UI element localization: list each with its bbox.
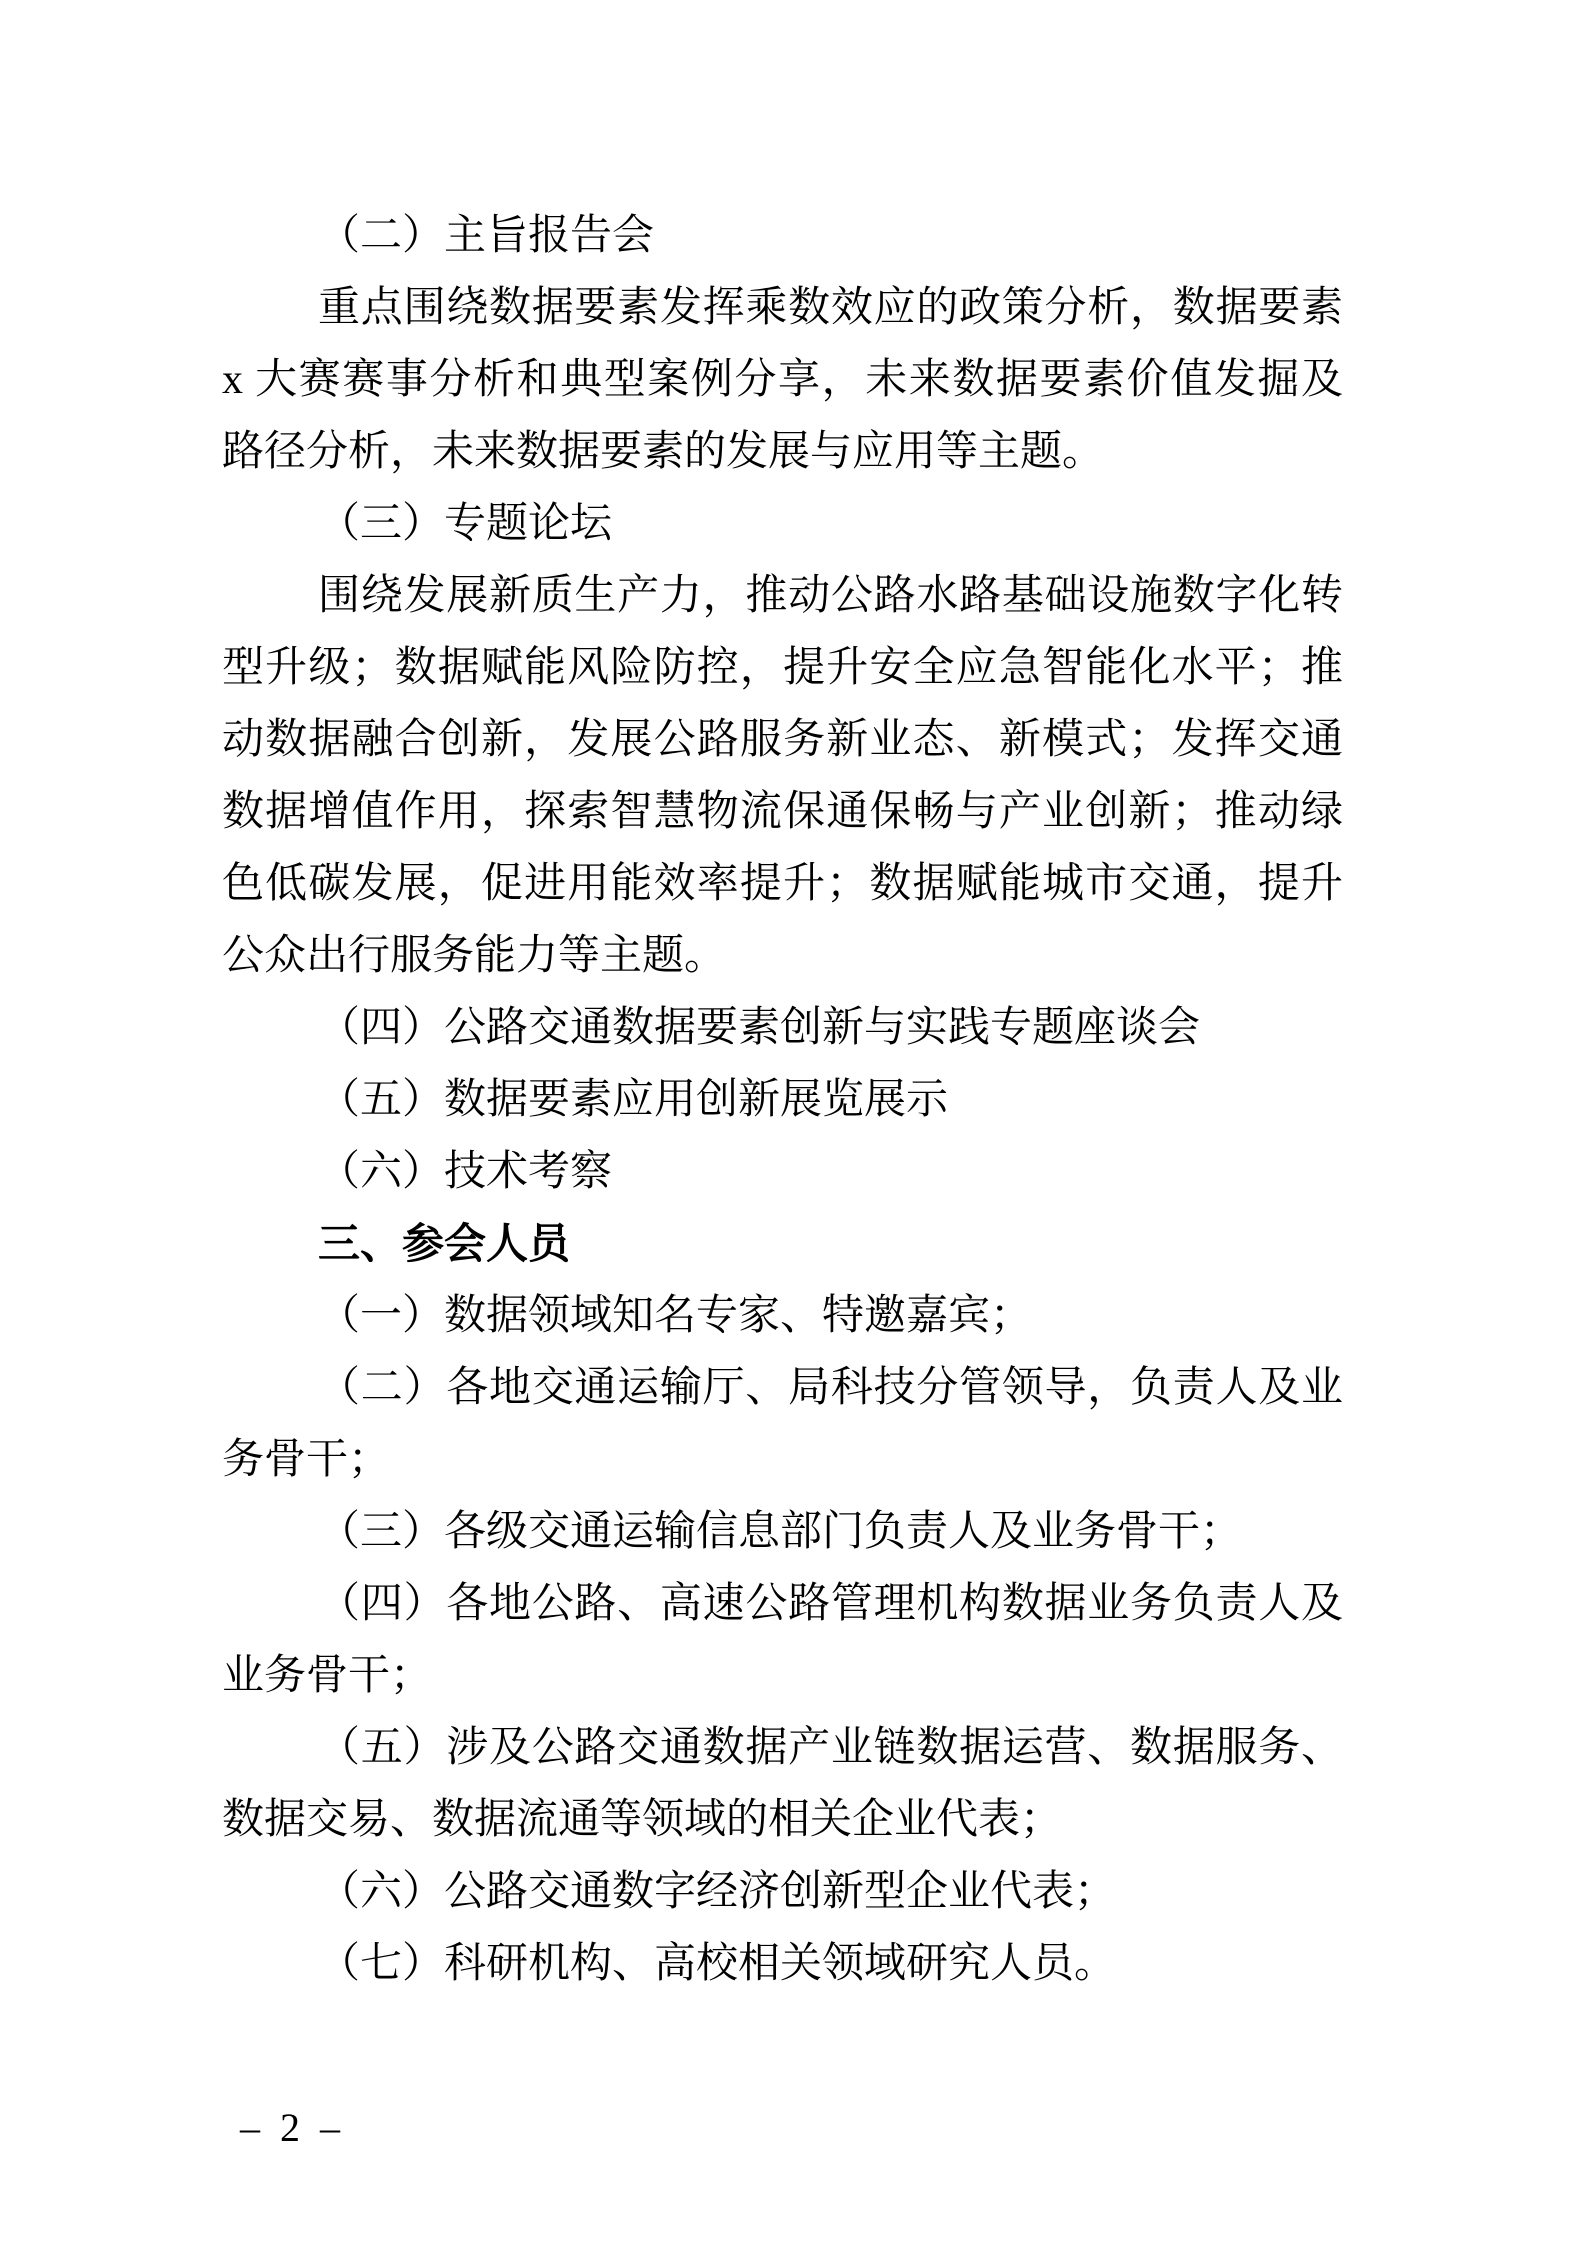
body-text-line: 公众出行服务能力等主题。 bbox=[222, 920, 1343, 992]
body-text-line: （二）各地交通运输厅、局科技分管领导，负责人及业 bbox=[222, 1352, 1343, 1424]
body-text-line: 路径分析，未来数据要素的发展与应用等主题。 bbox=[222, 416, 1343, 488]
document-body: （二）主旨报告会 重点围绕数据要素发挥乘数效应的政策分析，数据要素 x 大赛赛事… bbox=[222, 200, 1343, 2000]
subsection-heading-line: （四）公路交通数据要素创新与实践专题座谈会 bbox=[222, 992, 1343, 1064]
body-text-line: （三）各级交通运输信息部门负责人及业务骨干； bbox=[222, 1496, 1343, 1568]
body-text-line: （五）涉及公路交通数据产业链数据运营、数据服务、 bbox=[222, 1712, 1343, 1784]
body-text-line: （一）数据领域知名专家、特邀嘉宾； bbox=[222, 1280, 1343, 1352]
body-text-line: 重点围绕数据要素发挥乘数效应的政策分析，数据要素 bbox=[222, 272, 1343, 344]
body-text-line: 业务骨干； bbox=[222, 1640, 1343, 1712]
subsection-heading-line: （三）专题论坛 bbox=[222, 488, 1343, 560]
body-text-line: 围绕发展新质生产力，推动公路水路基础设施数字化转 bbox=[222, 560, 1343, 632]
subsection-heading-line: （六）技术考察 bbox=[222, 1136, 1343, 1208]
body-text-line: （七）科研机构、高校相关领域研究人员。 bbox=[222, 1928, 1343, 2000]
subsection-heading-line: （二）主旨报告会 bbox=[222, 200, 1343, 272]
document-page: （二）主旨报告会 重点围绕数据要素发挥乘数效应的政策分析，数据要素 x 大赛赛事… bbox=[0, 0, 1587, 2245]
body-text-line: 动数据融合创新，发展公路服务新业态、新模式；发挥交通 bbox=[222, 704, 1343, 776]
body-text-line: 型升级；数据赋能风险防控，提升安全应急智能化水平；推 bbox=[222, 632, 1343, 704]
section-heading-line: 三、参会人员 bbox=[222, 1208, 1343, 1280]
page-number: – 2 – bbox=[240, 2104, 345, 2151]
body-text-line: x 大赛赛事分析和典型案例分享，未来数据要素价值发掘及 bbox=[222, 344, 1343, 416]
body-text-line: 数据增值作用，探索智慧物流保通保畅与产业创新；推动绿 bbox=[222, 776, 1343, 848]
body-text-line: （四）各地公路、高速公路管理机构数据业务负责人及 bbox=[222, 1568, 1343, 1640]
body-text-line: （六）公路交通数字经济创新型企业代表； bbox=[222, 1856, 1343, 1928]
body-text-line: 务骨干； bbox=[222, 1424, 1343, 1496]
body-text-line: 数据交易、数据流通等领域的相关企业代表； bbox=[222, 1784, 1343, 1856]
subsection-heading-line: （五）数据要素应用创新展览展示 bbox=[222, 1064, 1343, 1136]
body-text-line: 色低碳发展，促进用能效率提升；数据赋能城市交通，提升 bbox=[222, 848, 1343, 920]
